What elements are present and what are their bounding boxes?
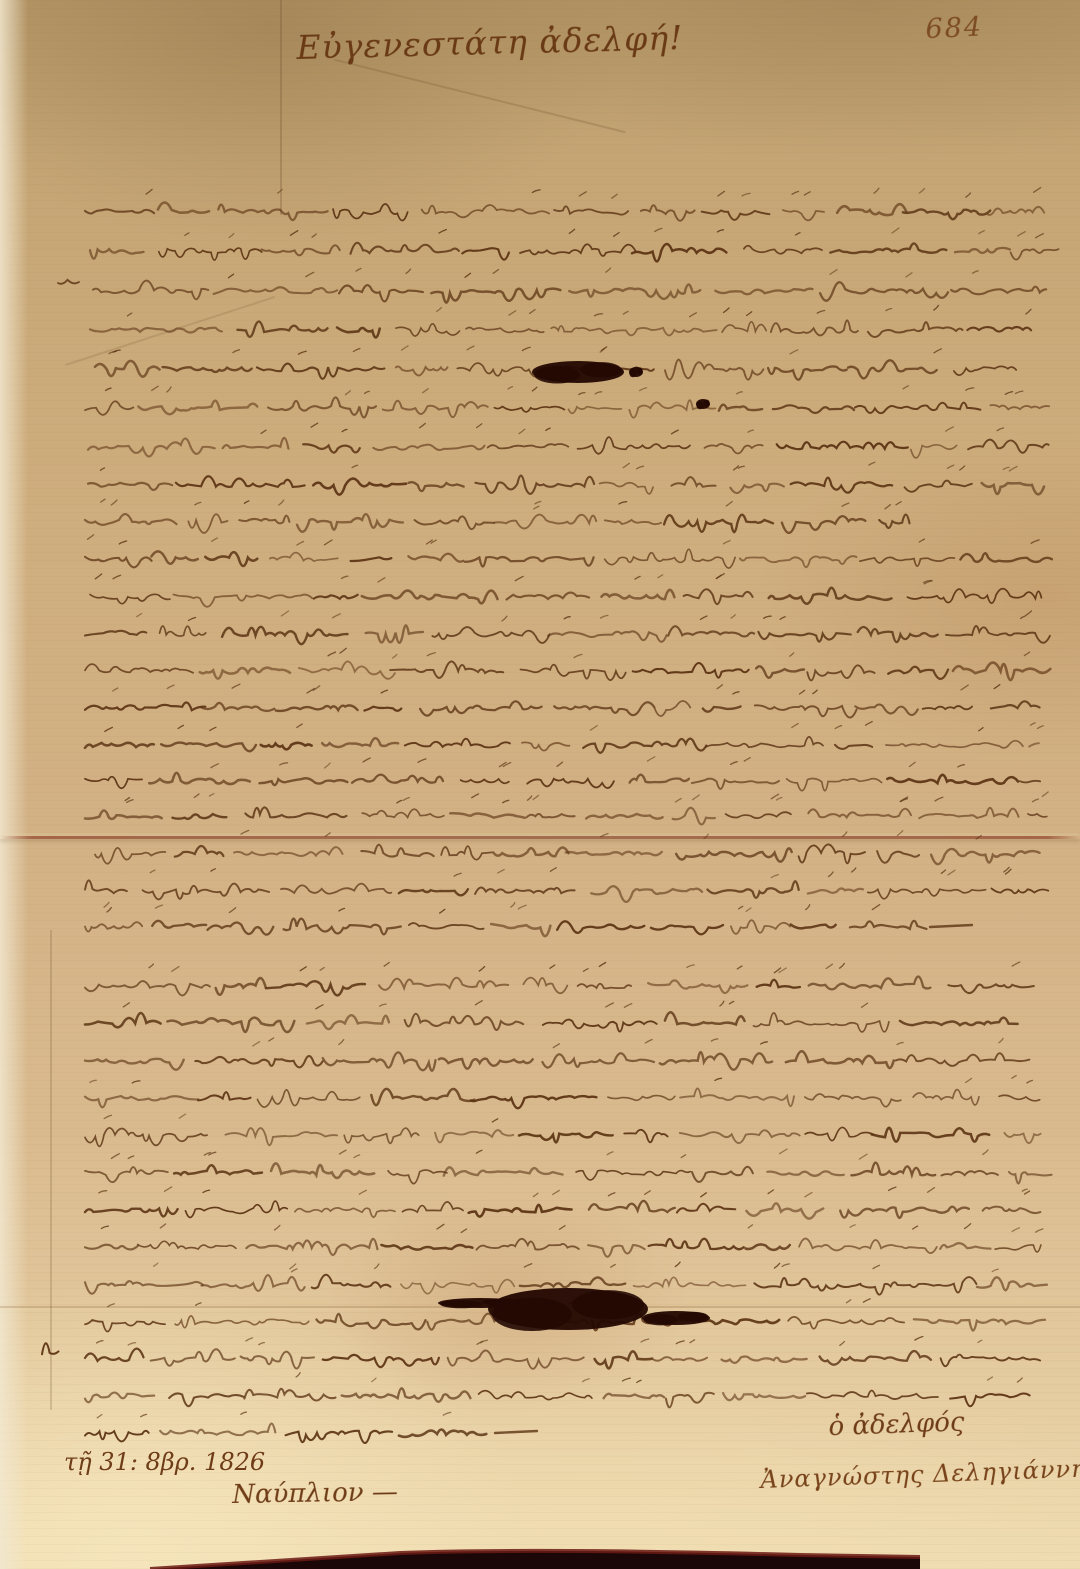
letter-photo: 684 Εὐγενεστάτη ἀδελφή! ὁ ἀδελφός Ἀναγνώ… xyxy=(0,0,1080,1569)
bottom-background-band xyxy=(0,0,1080,1569)
